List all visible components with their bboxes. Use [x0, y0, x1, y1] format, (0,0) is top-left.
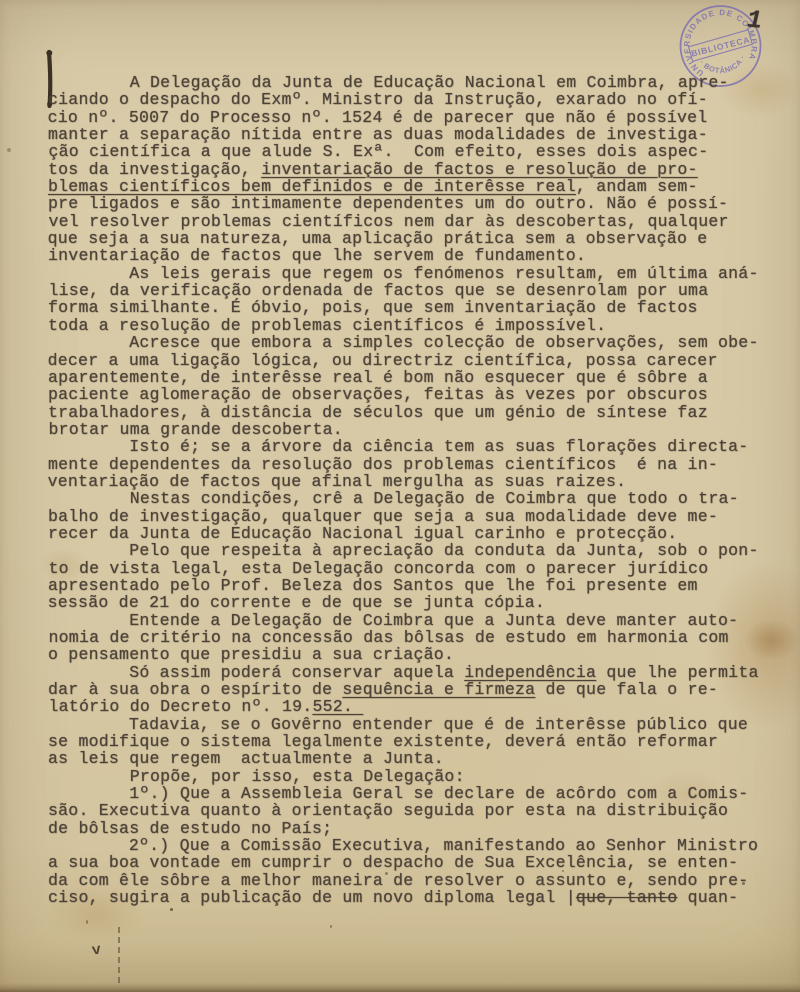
text-segment: dar à sua obra o espírito de — [48, 680, 342, 699]
text-line: latório do Decreto nº. 19.552. — [49, 698, 760, 715]
underlined-text: sequência e firmeza — [342, 680, 535, 699]
text-segment: lise, da verificação ordenada de factos … — [49, 281, 709, 300]
text-segment: forma similhante. É óbvio, pois, que sem… — [48, 298, 698, 317]
text-line: Pelo que respeita à apreciação da condut… — [48, 542, 759, 559]
handwritten-check-mark: v — [91, 941, 102, 959]
text-segment: aparentemente, de interêsse real é bom n… — [48, 368, 708, 387]
text-line: manter a separação nítida entre as duas … — [48, 126, 759, 143]
text-line: Propõe, por isso, esta Delegação: — [49, 768, 760, 785]
ink-speck — [86, 920, 88, 924]
text-line: Tadavia, se o Govêrno entender que é de … — [48, 716, 759, 733]
text-segment: Tadavia, se o Govêrno entender que é de … — [48, 715, 748, 734]
text-segment: de bôlsas de estudo no País; — [48, 819, 332, 838]
text-line: balho de investigação, qualquer que seja… — [48, 508, 759, 525]
text-line: nomia de critério na concessão das bôlsa… — [49, 629, 760, 646]
text-line: se modifique o sistema legalmente existe… — [48, 733, 759, 750]
text-line: Isto é; se a árvore da ciência tem as su… — [48, 438, 759, 455]
ink-speck — [742, 882, 745, 885]
text-segment: cio nº. 5007 do Processo nº. 1524 é de p… — [48, 108, 708, 127]
text-segment: balho de investigação, qualquer que seja… — [48, 507, 718, 526]
ink-speck — [170, 908, 173, 911]
struck-text: que, tanto — [576, 888, 678, 907]
text-segment: 2º.) Que a Comissão Executiva, manifesta… — [48, 836, 759, 855]
text-segment: pre ligados e são intimamente dependente… — [48, 194, 728, 213]
text-segment: decer a uma ligação lógica, ou directriz… — [48, 351, 718, 370]
text-line: ventariação de factos que afinal mergulh… — [48, 473, 759, 490]
text-segment: toda a resolução de problemas científico… — [48, 316, 606, 335]
text-line: cio nº. 5007 do Processo nº. 1524 é de p… — [48, 109, 759, 126]
ink-speck — [562, 870, 564, 872]
text-line: toda a resolução de problemas científico… — [48, 317, 759, 334]
text-line: lise, da verificação ordenada de factos … — [49, 282, 760, 299]
text-segment: as leis que regem actualmente a Junta. — [48, 749, 444, 768]
text-segment: que lhe permita — [596, 663, 758, 682]
text-line: aparentemente, de interêsse real é bom n… — [48, 369, 759, 386]
text-segment: nomia de critério na concessão das bôlsa… — [49, 628, 729, 647]
text-segment: apresentado pelo Prof. Beleza dos Santos… — [48, 576, 698, 595]
underlined-text: 552. — [312, 697, 363, 716]
text-segment: Isto é; se a árvore da ciência tem as su… — [48, 437, 748, 456]
text-segment: As leis gerais que regem os fenómenos re… — [48, 264, 759, 283]
text-segment: inventariação de factos que lhe servem d… — [48, 246, 586, 265]
text-segment: a sua boa vontade em cumprir o despacho … — [48, 853, 738, 872]
typewritten-text: A Delegação da Junta de Educação Naciona… — [48, 74, 759, 907]
text-line: as leis que regem actualmente a Junta. — [48, 750, 759, 767]
text-line: pre ligados e são intimamente dependente… — [48, 195, 759, 212]
text-line: ção científica a que alude S. Exª. Com e… — [49, 143, 760, 160]
ink-speck — [330, 925, 332, 928]
text-segment: Propõe, por isso, esta Delegação: — [49, 767, 465, 786]
text-line: to de vista legal, esta Delegação concor… — [49, 560, 760, 577]
text-line: ciando o despacho do Exmº. Ministro da I… — [48, 91, 759, 108]
text-segment: paciente aglomeração de observações, fei… — [48, 385, 708, 404]
text-segment: ciando o despacho do Exmº. Ministro da I… — [48, 90, 708, 109]
text-segment: brotar uma grande descoberta. — [49, 420, 343, 439]
text-segment: ciso, sugira a publicação de um novo dip… — [48, 888, 576, 907]
text-line: Acresce que embora a simples colecção de… — [48, 334, 759, 351]
text-line: Nestas condições, crê a Delegação de Coi… — [49, 490, 760, 507]
text-line: mente dependentes da resolução dos probl… — [48, 456, 759, 473]
text-line: brotar uma grande descoberta. — [49, 421, 760, 438]
text-line: As leis gerais que regem os fenómenos re… — [48, 265, 759, 282]
text-line: o pensamento que presidiu a sua criação. — [48, 646, 759, 663]
text-line: inventariação de factos que lhe servem d… — [48, 247, 759, 264]
text-line: tos da investigação, inventariação de fa… — [48, 161, 759, 178]
text-segment: tos da investigação, — [48, 160, 261, 179]
text-segment: são. Executiva quanto à orientação segui… — [48, 801, 728, 820]
text-segment: quan- — [677, 888, 738, 907]
text-line: dar à sua obra o espírito de sequência e… — [48, 681, 759, 698]
text-line: Só assim poderá conservar aquela indepen… — [48, 664, 759, 681]
text-line: apresentado pelo Prof. Beleza dos Santos… — [48, 577, 759, 594]
text-segment: ventariação de factos que afinal mergulh… — [48, 472, 627, 491]
underlined-text: blemas científicos bem definidos e de in… — [48, 177, 576, 196]
text-segment: que seja a sua natureza, uma aplicação p… — [48, 229, 708, 248]
scanned-document-page: UNIVERSIDADE DE COIMBRA · BOTÂNICA · BIB… — [0, 0, 800, 992]
text-segment: to de vista legal, esta Delegação concor… — [49, 559, 709, 578]
text-line: que seja a sua natureza, uma aplicação p… — [48, 230, 759, 247]
text-segment: recer da Junta de Educação Nacional igua… — [48, 524, 677, 543]
text-line: decer a uma ligação lógica, ou directriz… — [48, 352, 759, 369]
text-segment: ção científica a que alude S. Exª. Com e… — [49, 142, 709, 161]
text-segment: latório do Decreto nº. 19. — [49, 697, 313, 716]
text-line: ciso, sugira a publicação de um novo dip… — [48, 889, 759, 906]
text-segment: Acresce que embora a simples colecção de… — [48, 333, 759, 352]
text-segment: se modifique o sistema legalmente existe… — [48, 732, 718, 751]
text-segment: de que fala o re- — [535, 680, 718, 699]
dotted-pen-line — [118, 927, 120, 983]
text-segment: vel resolver problemas científicos nem d… — [49, 212, 729, 231]
text-line: 2º.) Que a Comissão Executiva, manifesta… — [48, 837, 759, 854]
text-line: forma similhante. É óbvio, pois, que sem… — [48, 299, 759, 316]
underlined-text: independência — [464, 663, 596, 682]
text-segment: mente dependentes da resolução dos probl… — [48, 455, 718, 474]
text-line: vel resolver problemas científicos nem d… — [49, 213, 760, 230]
text-line: são. Executiva quanto à orientação segui… — [48, 802, 759, 819]
text-line: paciente aglomeração de observações, fei… — [48, 386, 759, 403]
text-segment: o pensamento que presidiu a sua criação. — [48, 645, 454, 664]
text-segment: sessão de 21 do corrente e de que se jun… — [48, 593, 545, 612]
ink-speck — [385, 872, 388, 875]
text-line: 1º.) Que a Assembleia Geral se declare d… — [48, 785, 759, 802]
text-line: A Delegação da Junta de Educação Naciona… — [49, 74, 760, 91]
text-line: a sua boa vontade em cumprir o despacho … — [48, 854, 759, 871]
text-segment: Pelo que respeita à apreciação da condut… — [48, 541, 759, 560]
text-segment: Só assim poderá conservar aquela — [48, 663, 464, 682]
text-line: Entende a Delegação de Coimbra que a Jun… — [48, 612, 759, 629]
ink-speck — [7, 148, 11, 152]
text-segment: A Delegação da Junta de Educação Naciona… — [49, 73, 729, 92]
text-line: blemas científicos bem definidos e de in… — [48, 178, 759, 195]
text-segment: da com êle sôbre a melhor maneira de res… — [48, 871, 748, 890]
text-segment: manter a separação nítida entre as duas … — [48, 125, 708, 144]
text-segment: 1º.) Que a Assembleia Geral se declare d… — [48, 784, 748, 803]
text-line: de bôlsas de estudo no País; — [48, 820, 759, 837]
text-segment: , andam sem- — [576, 177, 698, 196]
text-line: da com êle sôbre a melhor maneira de res… — [48, 872, 759, 889]
underlined-text: inventariação de factos e resolução de p… — [261, 160, 698, 179]
text-segment: Entende a Delegação de Coimbra que a Jun… — [48, 611, 738, 630]
text-line: trabalhadores, à distância de séculos qu… — [48, 404, 759, 421]
text-line: recer da Junta de Educação Nacional igua… — [48, 525, 759, 542]
text-segment: Nestas condições, crê a Delegação de Coi… — [49, 489, 739, 508]
text-line: sessão de 21 do corrente e de que se jun… — [48, 594, 759, 611]
text-segment: trabalhadores, à distância de séculos qu… — [48, 403, 708, 422]
